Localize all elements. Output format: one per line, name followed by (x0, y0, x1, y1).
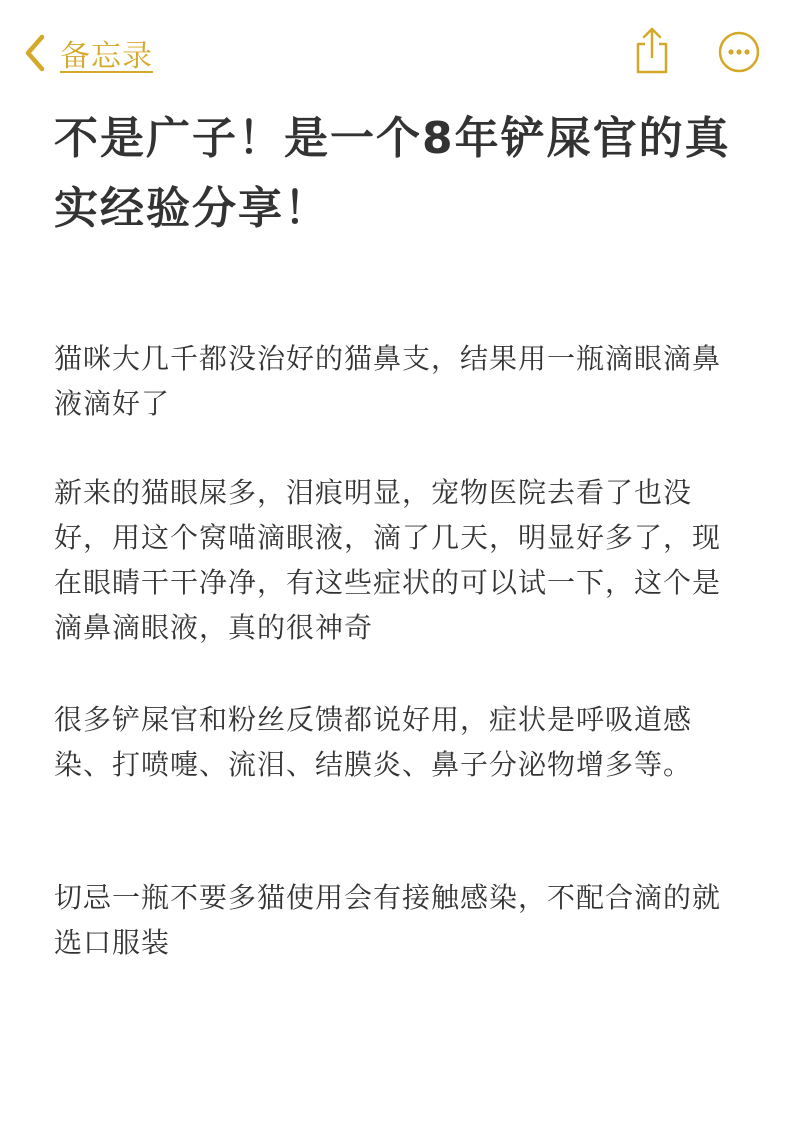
back-label: 备忘录 (60, 31, 153, 75)
note-paragraph: 很多铲屎官和粉丝反馈都说好用，症状是呼吸道感染、打喷嚏、流泪、结膜炎、鼻子分泌物… (54, 697, 744, 787)
share-icon[interactable] (632, 26, 672, 76)
note-paragraph: 切忌一瓶不要多猫使用会有接触感染，不配合滴的就选口服装 (54, 875, 744, 965)
note-paragraph: 新来的猫眼屎多，泪痕明显，宠物医院去看了也没好，用这个窝喵滴眼液，滴了几天，明显… (54, 470, 744, 650)
more-options-icon[interactable] (716, 26, 762, 76)
note-paragraph: 猫咪大几千都没治好的猫鼻支，结果用一瓶滴眼滴鼻液滴好了 (54, 336, 744, 426)
navigation-bar: 备忘录 (0, 0, 800, 105)
note-title: 不是广子！是一个8年铲屎官的真实经验分享！ (54, 104, 754, 244)
chevron-left-icon (22, 33, 48, 73)
back-button[interactable]: 备忘录 (22, 30, 153, 76)
